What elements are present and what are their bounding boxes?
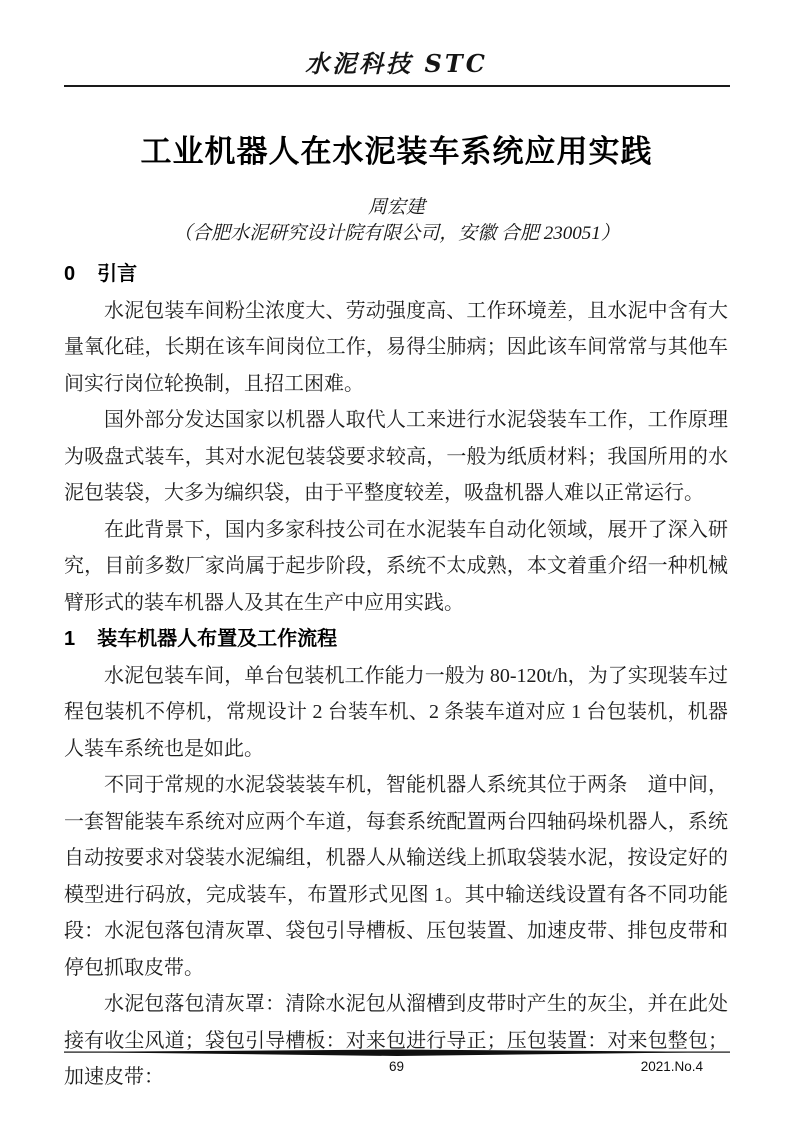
document-page: 水泥科技 STC 工业机器人在水泥装车系统应用实践 周宏建 （合肥水泥研究设计院…	[0, 0, 793, 1122]
footer-issue: 2021.No.4	[641, 1059, 703, 1074]
article-affiliation: （合肥水泥研究设计院有限公司，安徽 合肥 230051）	[0, 218, 793, 245]
section-title: 装车机器人布置及工作流程	[97, 628, 337, 650]
paragraph: 水泥包装车间，单台包装机工作能力一般为 80-120t/h，为了实现装车过程包装…	[64, 658, 728, 768]
journal-header: 水泥科技 STC	[0, 44, 793, 79]
paragraph: 不同于常规的水泥袋装装车机，智能机器人系统其位于两条 道中间，一套智能装车系统对…	[64, 767, 728, 986]
paragraph: 水泥包落包清灰罩：清除水泥包从溜槽到皮带时产生的灰尘，并在此处接有收尘风道；袋包…	[64, 986, 728, 1096]
paragraph: 水泥包装车间粉尘浓度大、劳动强度高、工作环境差，且水泥中含有大量氧化硅，长期在该…	[64, 293, 728, 403]
header-rule	[64, 85, 730, 87]
section-title: 引言	[97, 263, 137, 285]
article-title: 工业机器人在水泥装车系统应用实践	[0, 126, 793, 171]
section-heading-0: 0引言	[64, 256, 728, 293]
section-number: 0	[64, 256, 75, 293]
article-author: 周宏建	[0, 192, 793, 219]
article-body: 0引言 水泥包装车间粉尘浓度大、劳动强度高、工作环境差，且水泥中含有大量氧化硅，…	[64, 256, 728, 1096]
section-heading-1: 1装车机器人布置及工作流程	[64, 621, 728, 658]
section-number: 1	[64, 621, 75, 658]
paragraph: 在此背景下，国内多家科技公司在水泥装车自动化领域，展开了深入研究，目前多数厂家尚…	[64, 512, 728, 622]
footer-rule	[64, 1049, 730, 1057]
paragraph: 国外部分发达国家以机器人取代人工来进行水泥袋装车工作，工作原理为吸盘式装车，其对…	[64, 402, 728, 512]
